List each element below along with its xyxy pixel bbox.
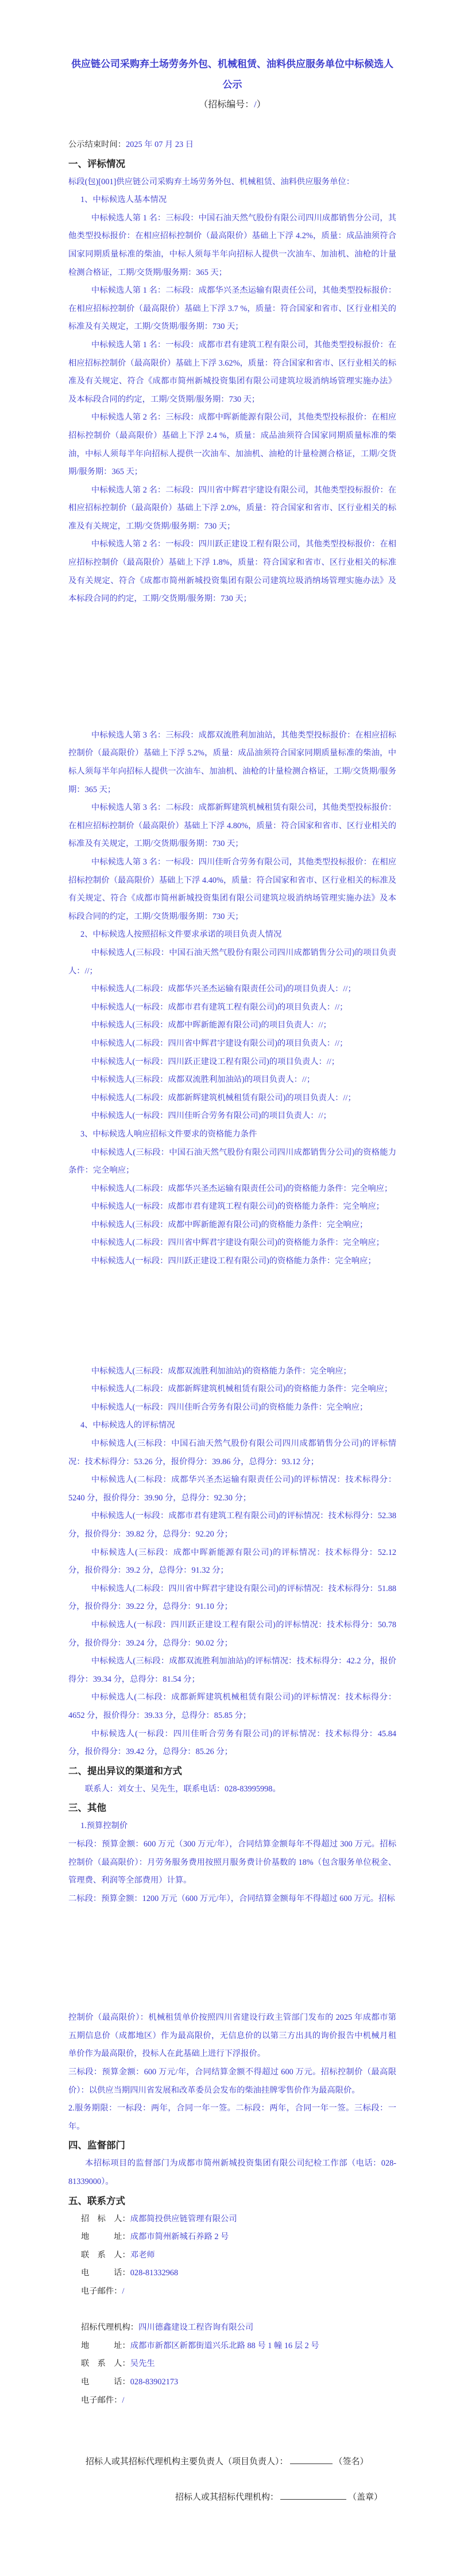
doc-paragraph: 中标候选人第 3 名：一标段：四川佳昕合劳务有限公司，其他类型投标报价：在相应招… <box>68 854 396 926</box>
contact-label: 地 址： <box>81 2232 130 2241</box>
contact-label: 电子邮件： <box>81 2396 122 2405</box>
contact-label: 电子邮件： <box>81 2287 122 2296</box>
contact-value: 成都简投供应链管理有限公司 <box>130 2214 237 2224</box>
doc-paragraph: 中标候选人(二标段：成都新辉建筑机械租赁有限公司)的评标情况：技术标得分：465… <box>68 1689 396 1725</box>
section-heading: 五、联系方式 <box>68 2191 396 2210</box>
doc-paragraph: 中标候选人第 3 名：二标段：成都新辉建筑机械租赁有限公司，其他类型投标报价：在… <box>68 799 396 854</box>
doc-paragraph: 中标候选人第 1 名：二标段：成都华兴圣杰运输有限责任公司，其他类型投标报价：在… <box>68 282 396 336</box>
doc-paragraph: 中标候选人第 1 名：三标段：中国石油天然气股份有限公司四川成都销售分公司，其他… <box>68 210 396 282</box>
doc-paragraph: 中标候选人(三标段：中国石油天然气股份有限公司四川成都销售分公司)的评标情况：技… <box>68 1435 396 1471</box>
contact-row: 招 标 人：成都简投供应链管理有限公司 <box>68 2210 396 2229</box>
contact-row: 联 系 人：邓老师 <box>68 2247 396 2265</box>
doc-paragraph: 中标候选人(一标段：四川佳昕合劳务有限公司)的资格能力条件：完全响应； <box>68 1399 396 1417</box>
contact-value: 四川德鑫建设工程咨询有限公司 <box>138 2323 253 2332</box>
section-heading: 三、其他 <box>68 1798 396 1817</box>
contact-row: 地 址：成都市简州新城石养路 2 号 <box>68 2228 396 2247</box>
contact-label: 联 系 人： <box>81 2359 130 2368</box>
doc-paragraph: 中标候选人(一标段：四川跃正建设工程有限公司)的评标情况：技术标得分：50.78… <box>68 1616 396 1652</box>
contact-row: 电 话：028-83902173 <box>68 2373 396 2392</box>
doc-paragraph: 2、中标候选人按照招标文件要求承诺的项目负责人情况 <box>68 926 396 944</box>
doc-paragraph: 中标候选人第 2 名：三标段：成都中晖新能源有限公司，其他类型投标报价：在相应招… <box>68 409 396 481</box>
contact-label: 电 话： <box>81 2377 130 2387</box>
doc-paragraph: 1、中标候选人基本情况 <box>68 191 396 210</box>
doc-paragraph: 二标段：预算金额：1200 万元（600 万元/年），合同结算金额每年不得超过 … <box>68 1890 396 1908</box>
contact-label: 地 址： <box>81 2341 130 2350</box>
signature-blank <box>290 2456 333 2464</box>
contact-label: 联 系 人： <box>81 2251 130 2260</box>
signature-label: 招标人或其招标代理机构主要负责人（项目负责人）： <box>86 2457 288 2466</box>
signature-suffix: （签名） <box>334 2457 369 2466</box>
doc-paragraph: 中标候选人(二标段：四川省中辉君宇建设有限公司)的资格能力条件：完全响应； <box>68 1234 396 1252</box>
doc-paragraph: 中标候选人(一标段：四川跃正建设工程有限公司)的项目负责人：//； <box>68 1053 396 1072</box>
doc-paragraph: 中标候选人(二标段：成都新辉建筑机械租赁有限公司)的项目负责人：//； <box>68 1089 396 1108</box>
doc-paragraph: 控制价（最高限价）：机械租赁单价按照四川省建设行政主管部门发布的 2025 年成… <box>68 2009 396 2063</box>
bid-number-prefix: （招标编号： <box>199 100 254 110</box>
doc-paragraph: 中标候选人(一标段：成都市君有建筑工程有限公司)的资格能力条件：完全响应； <box>68 1198 396 1216</box>
doc-paragraph: 中标候选人(二标段：成都新辉建筑机械租赁有限公司)的资格能力条件：完全响应； <box>68 1380 396 1399</box>
signature-line: 招标人或其招标代理机构主要负责人（项目负责人）：（签名） <box>86 2453 396 2472</box>
document-body: 一、评标情况标段(包)[001]供应链公司采购弃土场劳务外包、机械租赁、油料供应… <box>68 154 396 2507</box>
contact-row: 电 话：028-81332968 <box>68 2264 396 2283</box>
section-heading: 四、监督部门 <box>68 2136 396 2155</box>
doc-paragraph: 中标候选人(三标段：中国石油天然气股份有限公司四川成都销售分公司)的资格能力条件… <box>68 1144 396 1180</box>
announcement-document: 供应链公司采购弃土场劳务外包、机械租赁、油料供应服务单位中标候选人公示 （招标编… <box>0 0 456 2507</box>
signature-blank <box>280 2492 346 2500</box>
contact-value: 吴先生 <box>130 2359 155 2368</box>
doc-paragraph: 中标候选人(三标段：成都中晖新能源有限公司)的评标情况：技术标得分：52.12 … <box>68 1544 396 1580</box>
doc-paragraph: 中标候选人(一标段：成都市君有建筑工程有限公司)的评标情况：技术标得分：52.3… <box>68 1507 396 1543</box>
doc-paragraph: 中标候选人第 2 名：二标段：四川省中辉君宇建设有限公司，其他类型投标报价：在相… <box>68 482 396 536</box>
contact-row: 电子邮件：/ <box>68 2283 396 2301</box>
bid-number-suffix: ） <box>257 100 266 110</box>
doc-paragraph: 中标候选人(二标段：成都华兴圣杰运输有限责任公司)的评标情况：技术标得分：524… <box>68 1471 396 1507</box>
doc-paragraph: 本招标项目的监督部门为成都市简州新城投资集团有限公司纪检工作部（电话：028-8… <box>68 2155 396 2191</box>
doc-paragraph: 中标候选人(三标段：成都双流胜利加油站)的资格能力条件：完全响应； <box>68 1363 396 1381</box>
contact-label: 电 话： <box>81 2268 130 2278</box>
publicity-end-line: 公示结束时间：2025 年 07 月 23 日 <box>68 136 396 154</box>
contact-value: / <box>122 2396 124 2405</box>
page-gap <box>68 1908 396 2009</box>
doc-paragraph: 4、中标候选人的评标情况 <box>68 1417 396 1435</box>
signature-line: 招标人或其招标代理机构：（盖章） <box>175 2489 396 2507</box>
doc-paragraph: 中标候选人(一标段：四川跃正建设工程有限公司)的资格能力条件：完全响应； <box>68 1252 396 1271</box>
signature-label: 招标人或其招标代理机构： <box>175 2493 279 2502</box>
page-gap <box>68 1271 396 1363</box>
doc-paragraph: 中标候选人第 3 名：三标段：成都双流胜利加油站，其他类型投标报价：在相应招标控… <box>68 727 396 799</box>
doc-paragraph: 中标候选人(一标段：成都市君有建筑工程有限公司)的项目负责人：//； <box>68 999 396 1017</box>
publicity-end-label: 公示结束时间： <box>68 140 126 149</box>
doc-paragraph: 中标候选人(一标段：四川佳昕合劳务有限公司)的项目负责人：//； <box>68 1107 396 1126</box>
contact-label: 招 标 人： <box>81 2214 130 2224</box>
contact-value: / <box>122 2287 124 2296</box>
doc-paragraph: 中标候选人(二标段：四川省中辉君宇建设有限公司)的项目负责人：//； <box>68 1035 396 1053</box>
doc-paragraph: 中标候选人(三标段：中国石油天然气股份有限公司四川成都销售分公司)的项目负责人：… <box>68 944 396 980</box>
page-gap <box>68 608 396 727</box>
contact-value: 028-81332968 <box>130 2268 178 2278</box>
doc-paragraph: 标段(包)[001]供应链公司采购弃土场劳务外包、机械租赁、油料供应服务单位： <box>68 173 396 192</box>
doc-paragraph: 中标候选人(二标段：四川省中辉君宇建设有限公司)的评标情况：技术标得分：51.8… <box>68 1580 396 1616</box>
bid-number-line: （招标编号：/） <box>68 95 396 115</box>
contact-value: 成都市简州新城石养路 2 号 <box>130 2232 229 2241</box>
doc-paragraph: 联系人：刘女士、吴先生，联系电话：028-83995998。 <box>68 1780 396 1799</box>
doc-title: 供应链公司采购弃土场劳务外包、机械租赁、油料供应服务单位中标候选人公示 <box>68 54 396 95</box>
contact-label: 招标代理机构： <box>81 2323 138 2332</box>
doc-paragraph: 中标候选人(二标段：成都华兴圣杰运输有限责任公司)的项目负责人：//； <box>68 980 396 999</box>
doc-paragraph: 中标候选人(三标段：成都双流胜利加油站)的评标情况：技术标得分：42.2 分，报… <box>68 1652 396 1689</box>
contact-value: 成都市新都区新都街道兴乐北路 88 号 1 幢 16 层 2 号 <box>130 2341 319 2350</box>
contact-row: 联 系 人：吴先生 <box>68 2355 396 2373</box>
doc-paragraph: 一标段：预算金额：600 万元（300 万元/年），合同结算金额每年不得超过 3… <box>68 1836 396 1890</box>
doc-paragraph: 中标候选人第 2 名：一标段：四川跃正建设工程有限公司，其他类型投标报价：在相应… <box>68 536 396 608</box>
contact-row: 招标代理机构：四川德鑫建设工程咨询有限公司 <box>68 2319 396 2337</box>
section-heading: 二、提出异议的渠道和方式 <box>68 1762 396 1780</box>
publicity-end-date: 2025 年 07 月 23 日 <box>126 140 194 149</box>
doc-paragraph: 2.服务期限：一标段：两年，合同一年一签。二标段：两年，合同一年一签。三标段：一… <box>68 2100 396 2136</box>
doc-paragraph: 中标候选人(二标段：成都华兴圣杰运输有限责任公司)的资格能力条件：完全响应； <box>68 1180 396 1198</box>
contact-row: 电子邮件：/ <box>68 2392 396 2410</box>
doc-paragraph: 1.预算控制价 <box>68 1817 396 1836</box>
page: { "page": { "width_px": 794, "height_px"… <box>0 0 456 2576</box>
contact-value: 邓老师 <box>130 2251 155 2260</box>
doc-paragraph: 中标候选人(三标段：成都中晖新能源有限公司)的资格能力条件：完全响应； <box>68 1216 396 1235</box>
doc-paragraph: 3、中标候选人响应招标文件要求的资格能力条件 <box>68 1126 396 1144</box>
doc-paragraph: 中标候选人(三标段：成都双流胜利加油站)的项目负责人：//； <box>68 1071 396 1089</box>
contact-row: 地 址：成都市新都区新都街道兴乐北路 88 号 1 幢 16 层 2 号 <box>68 2337 396 2356</box>
doc-paragraph: 中标候选人(一标段：四川佳昕合劳务有限公司)的评标情况：技术标得分：45.84 … <box>68 1725 396 1762</box>
section-heading: 一、评标情况 <box>68 154 396 173</box>
doc-paragraph: 三标段：预算金额：600 万元/年，合同结算金额不得超过 600 万元。招标控制… <box>68 2063 396 2100</box>
doc-paragraph: 中标候选人第 1 名：一标段：成都市君有建筑工程有限公司，其他类型投标报价：在相… <box>68 336 396 409</box>
blank-line <box>68 2301 396 2319</box>
contact-value: 028-83902173 <box>130 2377 178 2387</box>
signature-suffix: （盖章） <box>348 2493 382 2502</box>
doc-paragraph: 中标候选人(三标段：成都中晖新能源有限公司)的项目负责人：//； <box>68 1017 396 1035</box>
